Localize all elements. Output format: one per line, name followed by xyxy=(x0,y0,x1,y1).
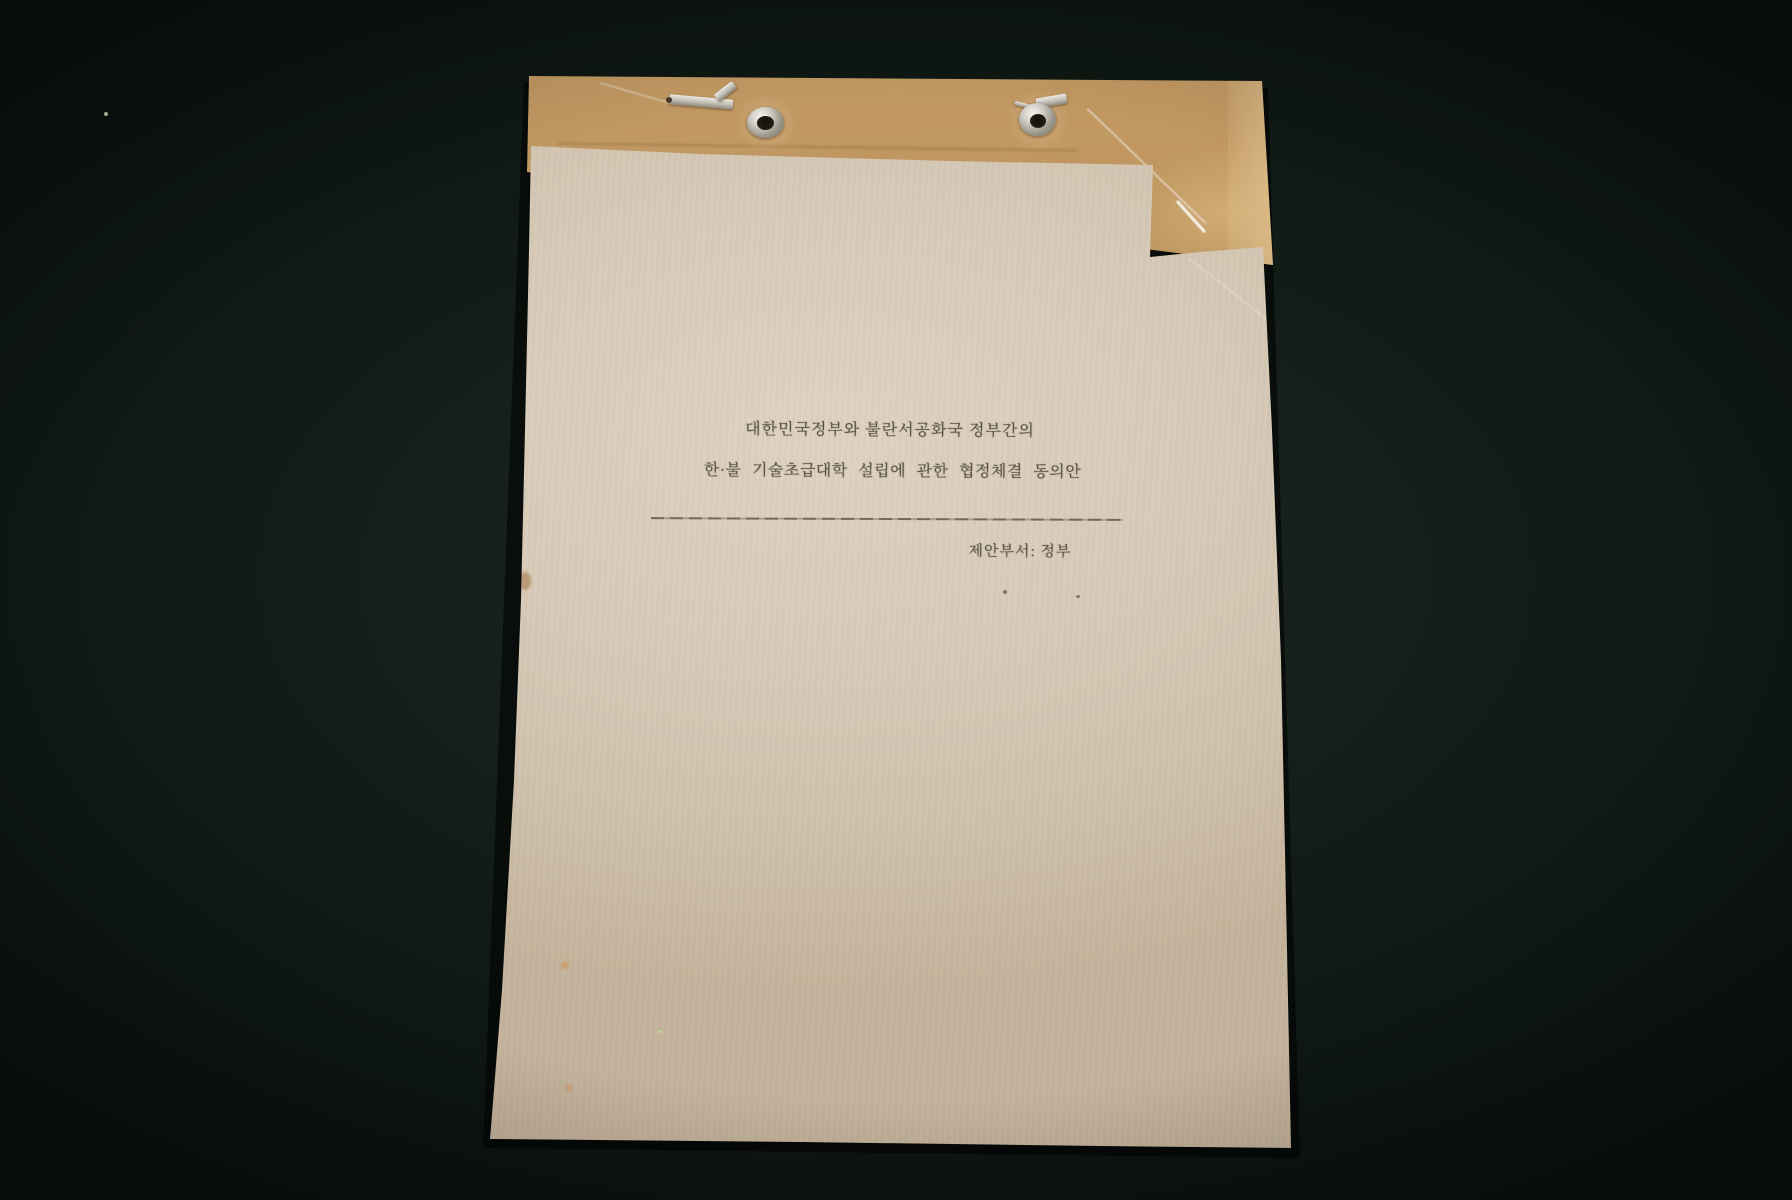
photo-vignette xyxy=(0,0,1792,1200)
archival-photo: 대한민국정부와 불란서공화국 정부간의 한·불 기술초급대학 설립에 관한 협정… xyxy=(0,0,1792,1200)
